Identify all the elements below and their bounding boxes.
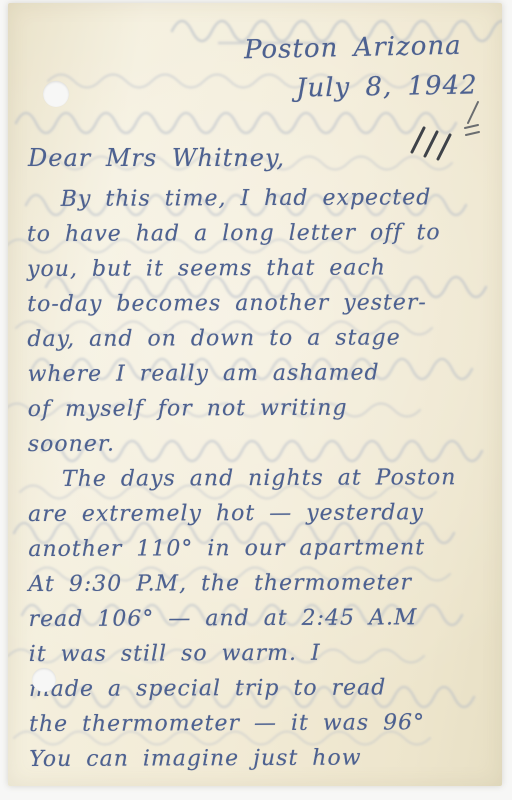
letter-line-11: another 110° in our apartment xyxy=(28,530,498,567)
letter-place: Poston Arizona xyxy=(244,31,462,66)
letter-line-6: where I really am ashamed xyxy=(27,355,497,392)
letter-line-15: made a special trip to read xyxy=(29,670,499,707)
margin-pencil-mark xyxy=(465,102,479,135)
letter-body: By this time, I had expected to have had… xyxy=(27,180,500,777)
letter-line-3: you, but it seems that each xyxy=(27,250,497,287)
letter-line-10: are extremely hot — yesterday xyxy=(28,495,498,532)
letter-date: July 8, 1942 xyxy=(296,70,478,103)
hole-punch-bottom xyxy=(32,668,56,692)
letter-line-16: the thermometer — it was 96° xyxy=(29,705,499,742)
letter-line-17: You can imagine just how xyxy=(29,740,499,777)
letter-line-1: By this time, I had expected xyxy=(27,180,497,217)
letter-line-4: to-day becomes another yester- xyxy=(27,285,497,322)
letter-salutation: Dear Mrs Whitney, xyxy=(28,144,285,172)
letter-line-5: day, and on down to a stage xyxy=(27,320,497,357)
letter-line-8: sooner. xyxy=(28,425,498,462)
letter-line-14: it was still so warm. I xyxy=(29,635,499,672)
letter-line-9: The days and nights at Poston xyxy=(28,460,498,497)
letter-line-2: to have had a long letter off to xyxy=(27,215,497,252)
letter-line-7: of myself for not writing xyxy=(28,390,498,427)
letter-page: Poston Arizona July 8, 1942 Dear Mrs Whi… xyxy=(8,3,502,786)
letter-line-13: read 106° — and at 2:45 A.M xyxy=(29,600,499,637)
hole-punch-top xyxy=(43,81,69,107)
letter-line-12: At 9:30 P.M, the thermometer xyxy=(28,565,498,602)
